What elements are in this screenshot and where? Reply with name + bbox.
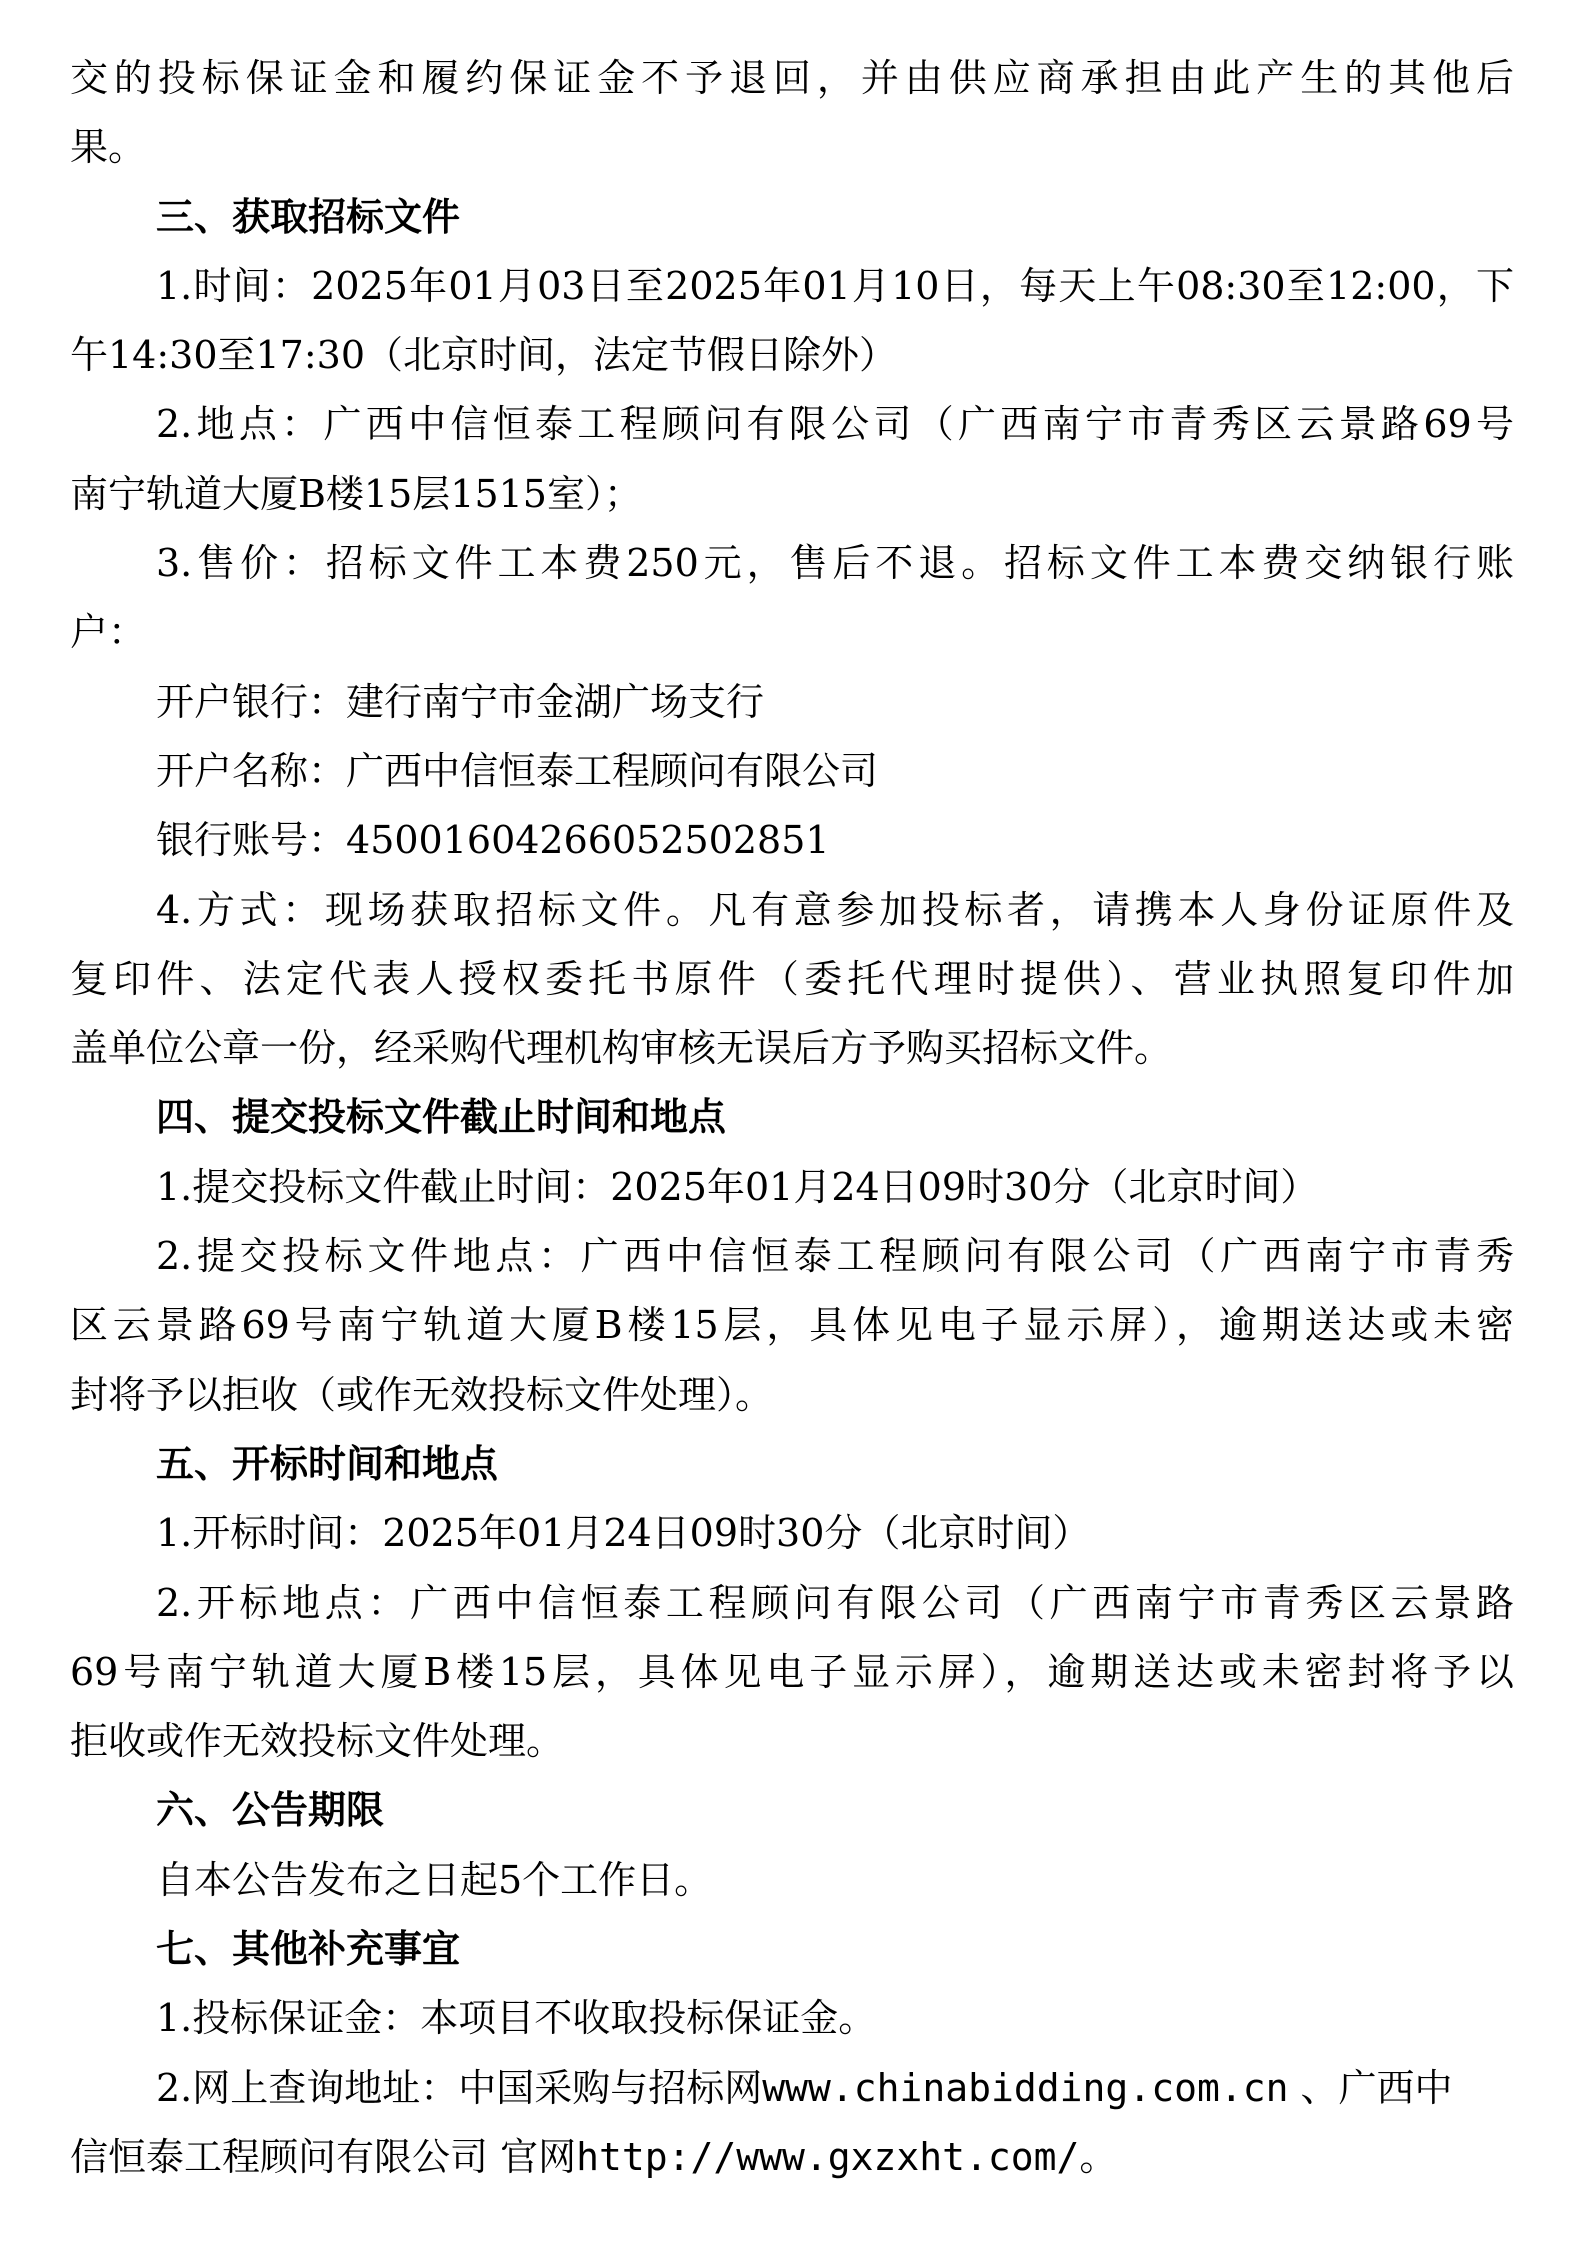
section-3-time-line-1: 1.时间：2025年01月03日至2025年01月10日，每天上午08:30至1… (70, 252, 1514, 321)
section-6-body: 自本公告发布之日起5个工作日。 (70, 1846, 1514, 1915)
gxzxht-link[interactable]: http://www.gxzxht.com/ (576, 2135, 1079, 2179)
website-line-2-suffix: 。 (1079, 2135, 1117, 2179)
bank-name-value: 建行南宁市金湖广场支行 (346, 680, 764, 724)
bank-name-label: 开户银行： (156, 680, 346, 724)
section-3-location-line-1: 2.地点：广西中信恒泰工程顾问有限公司（广西南宁市青秀区云景路69号 (70, 390, 1514, 459)
account-number-value: 45001604266052502851 (346, 818, 830, 862)
section-5-heading: 五、开标时间和地点 (70, 1430, 1514, 1499)
section-4-heading: 四、提交投标文件截止时间和地点 (70, 1083, 1514, 1152)
section-4-location-line-3: 封将予以拒收（或作无效投标文件处理）。 (70, 1361, 1514, 1430)
section-3-time-line-2: 午14:30至17:30（北京时间，法定节假日除外） (70, 321, 1514, 390)
document-page: 交的投标保证金和履约保证金不予退回，并由供应商承担由此产生的其他后 果。 三、获… (70, 44, 1514, 2192)
section-4-location-line-1: 2.提交投标文件地点：广西中信恒泰工程顾问有限公司（广西南宁市青秀 (70, 1222, 1514, 1291)
section-5-time: 1.开标时间：2025年01月24日09时30分（北京时间） (70, 1499, 1514, 1568)
section-3-location-line-2: 南宁轨道大厦B楼15层1515室）； (70, 460, 1514, 529)
section-7-website-line-1: 2.网上查询地址：中国采购与招标网www.chinabidding.com.cn… (70, 2054, 1514, 2123)
section-7-heading: 七、其他补充事宜 (70, 1915, 1514, 1984)
intro-line-2: 果。 (70, 113, 1514, 182)
chinabidding-link[interactable]: www.chinabidding.com.cn (762, 2066, 1288, 2110)
section-3-price-line-1: 3.售价：招标文件工本费250元，售后不退。招标文件工本费交纳银行账 (70, 529, 1514, 598)
account-number-label: 银行账号： (156, 818, 346, 862)
section-3-method-line-1: 4.方式：现场获取招标文件。凡有意参加投标者，请携本人身份证原件及 (70, 876, 1514, 945)
section-3-heading: 三、获取招标文件 (70, 183, 1514, 252)
section-3-price-line-2: 户： (70, 598, 1514, 667)
section-4-location-line-2: 区云景路69号南宁轨道大厦B楼15层，具体见电子显示屏），逾期送达或未密 (70, 1291, 1514, 1360)
section-3-method-line-2: 复印件、法定代表人授权委托书原件（委托代理时提供）、营业执照复印件加 (70, 945, 1514, 1014)
section-5-location-line-3: 拒收或作无效投标文件处理。 (70, 1707, 1514, 1776)
account-name-row: 开户名称：广西中信恒泰工程顾问有限公司 (70, 737, 1514, 806)
bank-name-row: 开户银行：建行南宁市金湖广场支行 (70, 668, 1514, 737)
account-name-label: 开户名称： (156, 749, 346, 793)
website-line-1-suffix: 、广西中 (1288, 2066, 1452, 2110)
section-5-location-line-2: 69号南宁轨道大厦B楼15层，具体见电子显示屏），逾期送达或未密封将予以 (70, 1638, 1514, 1707)
account-name-value: 广西中信恒泰工程顾问有限公司 (346, 749, 878, 793)
intro-line-1: 交的投标保证金和履约保证金不予退回，并由供应商承担由此产生的其他后 (70, 44, 1514, 113)
section-7-website-line-2: 信恒泰工程顾问有限公司 官网http://www.gxzxht.com/。 (70, 2123, 1514, 2192)
website-line-1-prefix: 2.网上查询地址：中国采购与招标网 (156, 2066, 762, 2110)
section-5-location-line-1: 2.开标地点：广西中信恒泰工程顾问有限公司（广西南宁市青秀区云景路 (70, 1569, 1514, 1638)
section-7-deposit: 1.投标保证金：本项目不收取投标保证金。 (70, 1984, 1514, 2053)
section-6-heading: 六、公告期限 (70, 1776, 1514, 1845)
section-4-deadline: 1.提交投标文件截止时间：2025年01月24日09时30分（北京时间） (70, 1153, 1514, 1222)
section-3-method-line-3: 盖单位公章一份，经采购代理机构审核无误后方予购买招标文件。 (70, 1014, 1514, 1083)
website-line-2-prefix: 信恒泰工程顾问有限公司 官网 (70, 2135, 576, 2179)
account-number-row: 银行账号：45001604266052502851 (70, 806, 1514, 875)
